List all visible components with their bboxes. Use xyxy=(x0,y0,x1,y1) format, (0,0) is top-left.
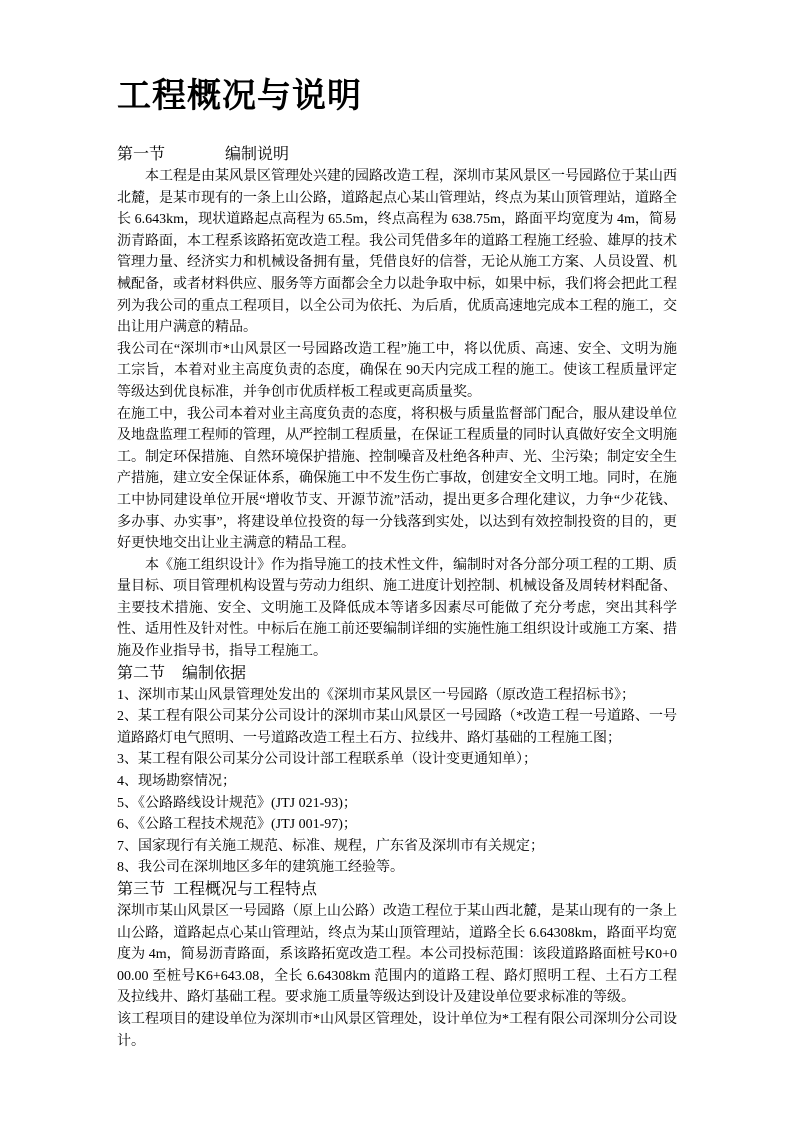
section-3-label: 第三节 xyxy=(117,881,165,898)
section-2-title: 编制依据 xyxy=(182,665,246,682)
section-1-title: 编制说明 xyxy=(225,146,289,163)
section-2-label: 第二节 xyxy=(117,665,165,682)
document-title: 工程概况与说明 xyxy=(117,74,677,118)
section-3-heading: 第三节工程概况与工程特点 xyxy=(117,879,677,901)
section-project-overview: 第三节工程概况与工程特点 深圳市某山风景区一号园路（原上山公路）改造工程位于某山… xyxy=(117,879,677,1052)
section-2-heading: 第二节编制依据 xyxy=(117,663,677,685)
list-item: 4、现场勘察情况； xyxy=(117,771,677,793)
list-item: 5、《公路路线设计规范》(JTJ 021-93)； xyxy=(117,793,677,815)
list-item: 2、某工程有限公司某分公司设计的深圳市某山风景区一号园路（*改造工程一号道路、一… xyxy=(117,706,677,749)
section-compilation-basis: 第二节编制依据 1、深圳市某山风景管理处发出的《深圳市某风景区一号园路（原改造工… xyxy=(117,663,677,879)
heading-gap xyxy=(165,677,182,678)
list-item: 7、国家现行有关施工规范、标准、规程，广东省及深圳市有关规定； xyxy=(117,836,677,858)
paragraph: 本工程是由某风景区管理处兴建的园路改造工程，深圳市某风景区一号园路位于某山西北麓… xyxy=(117,166,677,339)
paragraph: 深圳市某山风景区一号园路（原上山公路）改造工程位于某山西北麓，是某山现有的一条上… xyxy=(117,901,677,1009)
heading-gap xyxy=(165,158,225,159)
paragraph: 我公司在“深圳市*山风景区一号园路改造工程”施工中，将以优质、高速、安全、文明为… xyxy=(117,339,677,404)
list-item: 6、《公路工程技术规范》(JTJ 001-97)； xyxy=(117,814,677,836)
heading-gap xyxy=(165,893,173,894)
paragraph: 该工程项目的建设单位为深圳市*山风景区管理处，设计单位为*工程有限公司深圳分公司… xyxy=(117,1009,677,1052)
section-editorial-notes: 第一节编制说明 本工程是由某风景区管理处兴建的园路改造工程，深圳市某风景区一号园… xyxy=(117,144,677,663)
list-item: 3、某工程有限公司某分公司设计部工程联系单（设计变更通知单）； xyxy=(117,749,677,771)
list-item: 1、深圳市某山风景管理处发出的《深圳市某风景区一号园路（原改造工程招标书》； xyxy=(117,685,677,707)
document-page: 工程概况与说明 第一节编制说明 本工程是由某风景区管理处兴建的园路改造工程，深圳… xyxy=(0,0,794,1123)
list-item: 8、我公司在深圳地区多年的建筑施工经验等。 xyxy=(117,857,677,879)
section-3-title: 工程概况与工程特点 xyxy=(173,881,317,898)
section-1-label: 第一节 xyxy=(117,146,165,163)
paragraph: 在施工中，我公司本着对业主高度负责的态度，将积极与质量监督部门配合，服从建设单位… xyxy=(117,404,677,555)
paragraph: 本《施工组织设计》作为指导施工的技术性文件，编制时对各分部分项工程的工期、质量目… xyxy=(117,555,677,663)
section-1-heading: 第一节编制说明 xyxy=(117,144,677,166)
